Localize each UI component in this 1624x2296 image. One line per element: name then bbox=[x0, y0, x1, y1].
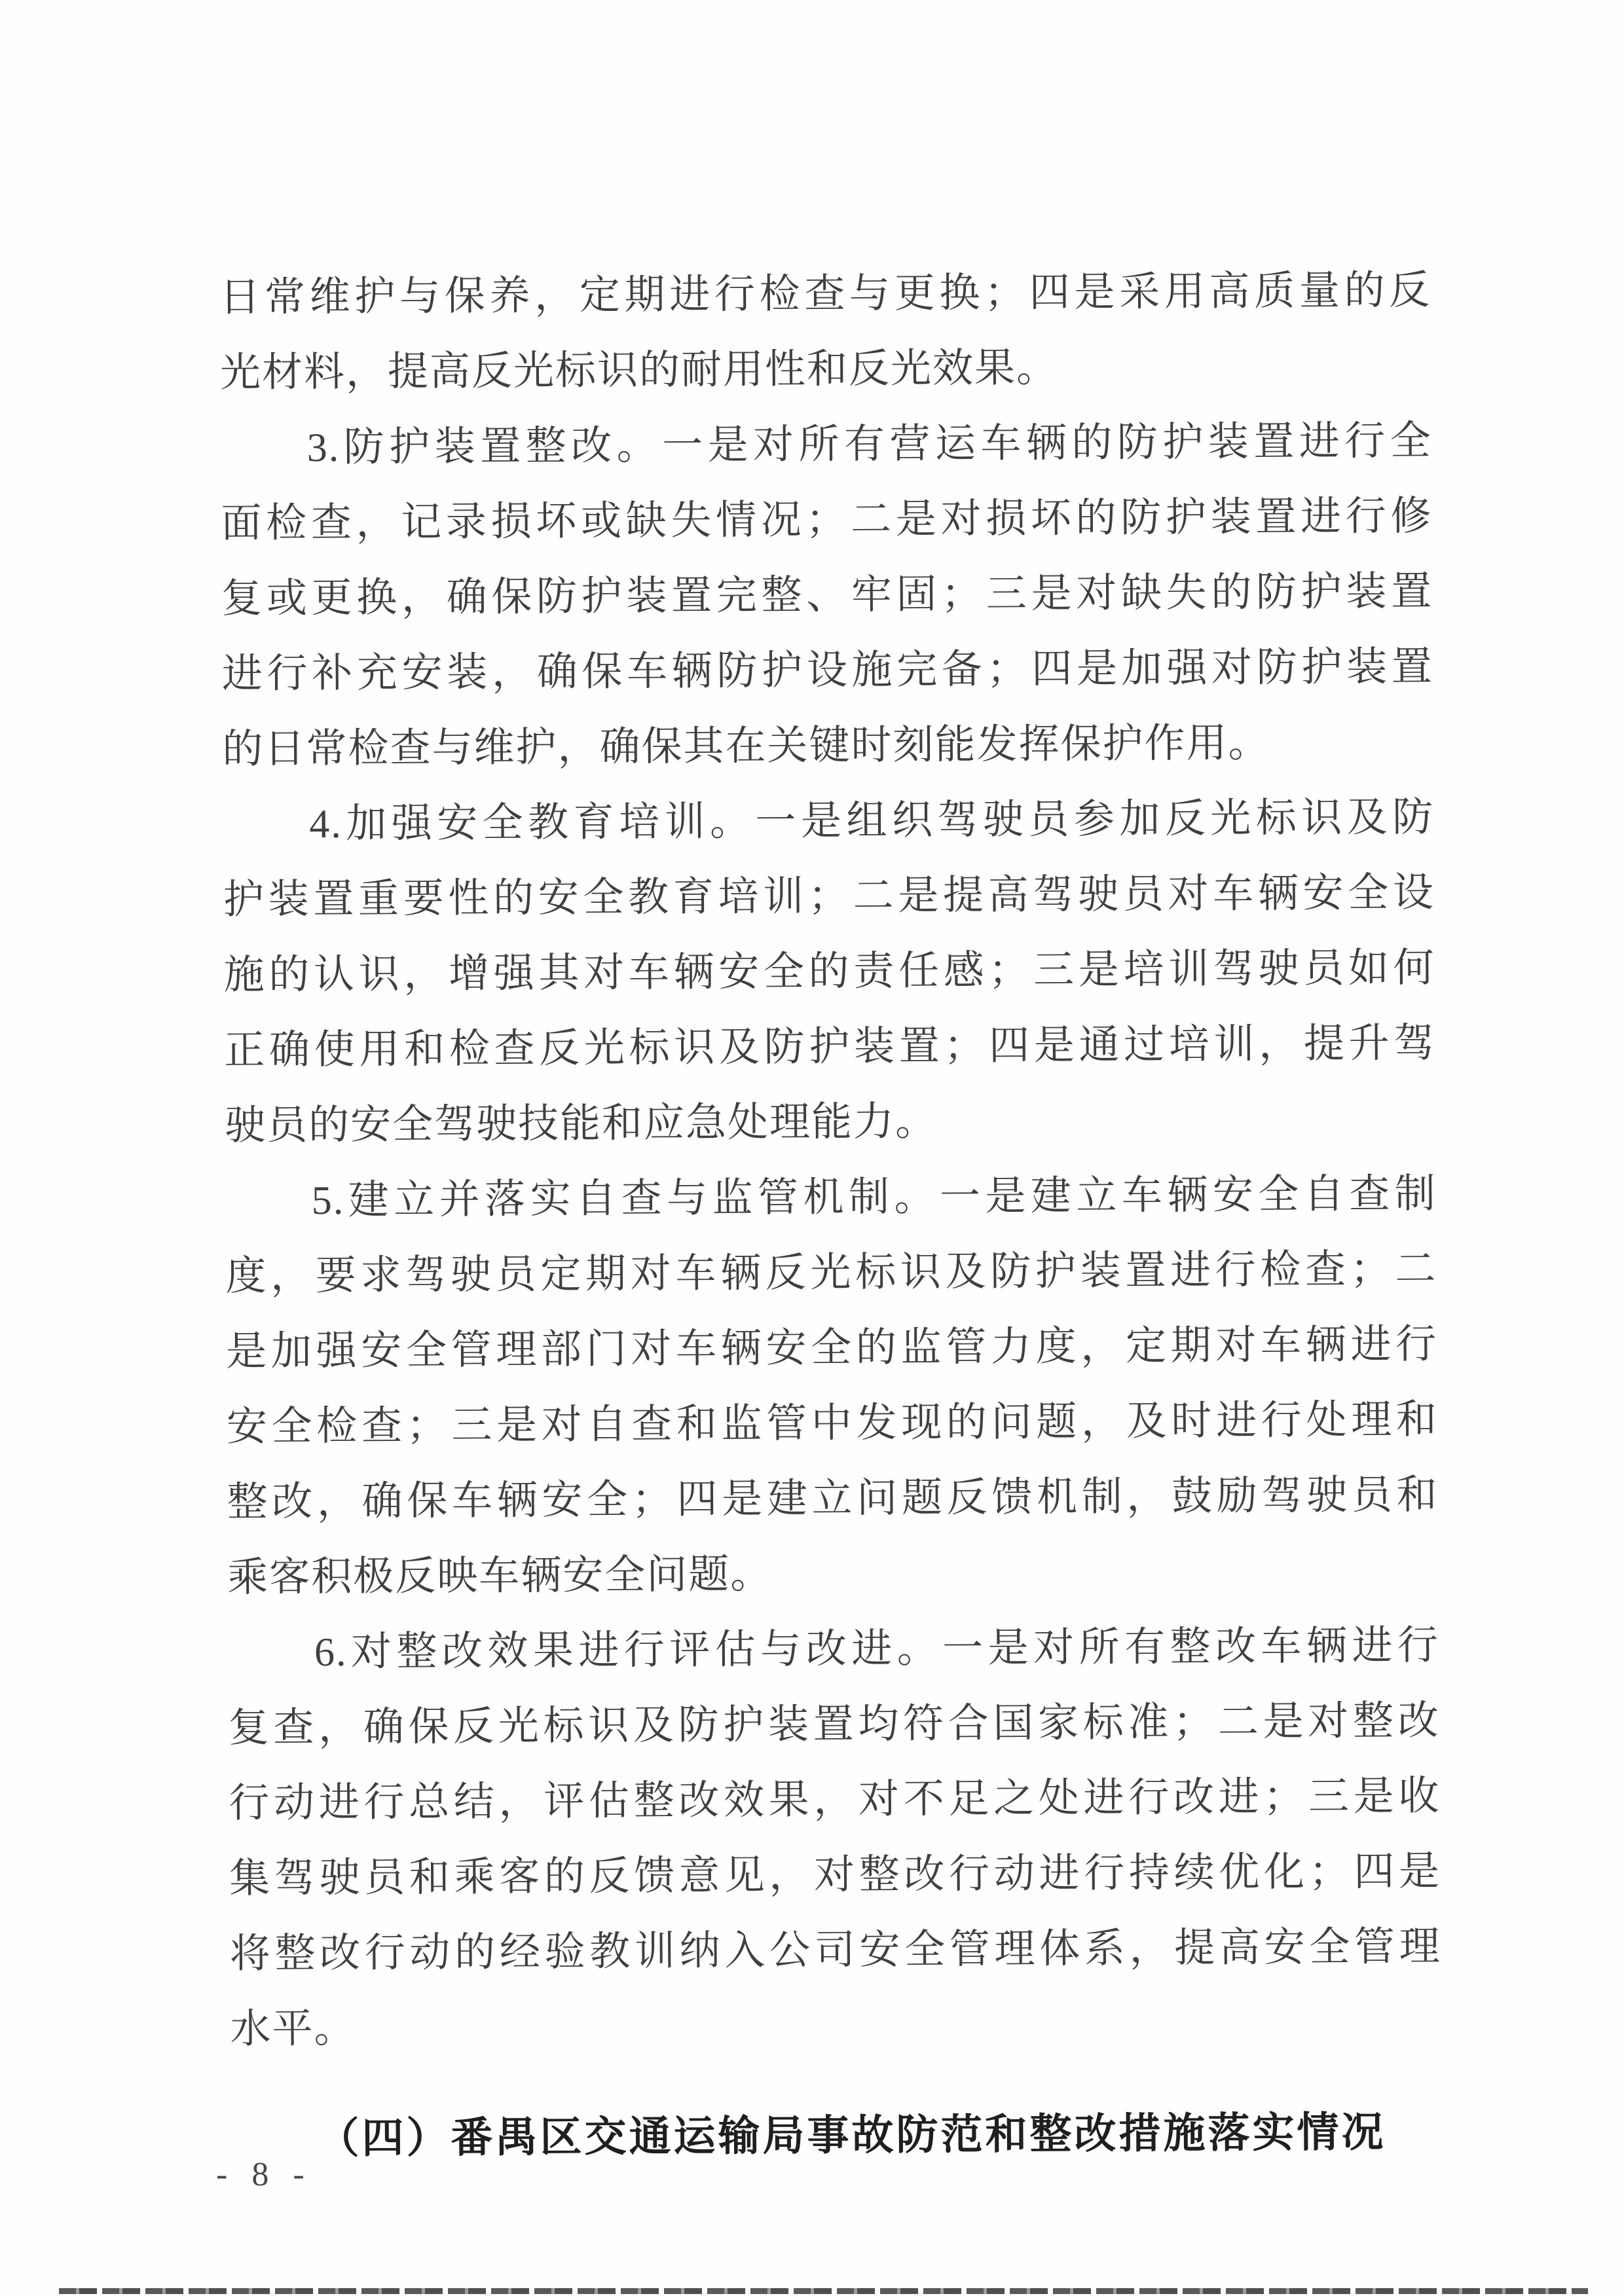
body-line: 3.防护装置整改。一是对所有营运车辆的防护装置进行全 bbox=[220, 404, 1432, 486]
body-line: 护装置重要性的安全教育培训；二是提高驾驶员对车辆安全设 bbox=[223, 856, 1435, 938]
body-line: 乘客积极反映车辆安全问题。 bbox=[227, 1533, 1439, 1616]
body-line: 6.对整改效果进行评估与改进。一是对所有整改车辆进行 bbox=[228, 1609, 1440, 1691]
body-line: 安全检查；三是对自查和监管中发现的问题，及时进行处理和 bbox=[227, 1383, 1439, 1465]
body-line: 集驾驶员和乘客的反馈意见，对整改行动进行持续优化；四是 bbox=[229, 1834, 1441, 1917]
body-line: 将整改行动的经验教训纳入公司安全管理体系，提高安全管理 bbox=[229, 1910, 1441, 1992]
body-line: 整改，确保车辆安全；四是建立问题反馈机制，鼓励驾驶员和 bbox=[227, 1458, 1439, 1540]
body-line: 光材料，提高反光标识的耐用性和反光效果。 bbox=[220, 329, 1432, 411]
page-body: 日常维护与保养，定期进行检查与更换；四是采用高质量的反 光材料，提高反光标识的耐… bbox=[219, 253, 1443, 2172]
body-line: 施的认识，增强其对车辆安全的责任感；三是培训驾驶员如何 bbox=[223, 931, 1435, 1013]
body-line: 进行补充安装，确保车辆防护设施完备；四是加强对防护装置 bbox=[222, 630, 1434, 712]
body-line: 行动进行总结，评估整改效果，对不足之处进行改进；三是收 bbox=[229, 1759, 1441, 1842]
body-line: 复或更换，确保防护装置完整、牢固；三是对缺失的防护装置 bbox=[221, 555, 1433, 637]
page-number: - 8 - bbox=[216, 2155, 312, 2194]
body-line: 水平。 bbox=[230, 1985, 1442, 2068]
body-line: 度，要求驾驶员定期对车辆反光标识及防护装置进行检查；二 bbox=[225, 1232, 1437, 1315]
section-heading: （四）番禺区交通运输局事故防范和整改措施落实情况 bbox=[231, 2100, 1443, 2172]
scan-artifact-bottom-edge bbox=[59, 2288, 1588, 2294]
body-line: 面检查，记录损坏或缺失情况；二是对损坏的防护装置进行修 bbox=[221, 479, 1433, 562]
body-line: 5.建立并落实自查与监管机制。一是建立车辆安全自查制 bbox=[225, 1157, 1437, 1239]
body-line: 日常维护与保养，定期进行检查与更换；四是采用高质量的反 bbox=[219, 253, 1431, 336]
body-line: 驶员的安全驾驶技能和应急处理能力。 bbox=[225, 1082, 1437, 1164]
document-page: 日常维护与保养，定期进行检查与更换；四是采用高质量的反 光材料，提高反光标识的耐… bbox=[0, 0, 1624, 2296]
body-line: 正确使用和检查反光标识及防护装置；四是通过培训，提升驾 bbox=[224, 1006, 1436, 1089]
body-line: 是加强安全管理部门对车辆安全的监管力度，定期对车辆进行 bbox=[226, 1307, 1438, 1390]
body-line: 的日常检查与维护，确保其在关键时刻能发挥保护作用。 bbox=[222, 705, 1434, 788]
body-line: 4.加强安全教育培训。一是组织驾驶员参加反光标识及防 bbox=[223, 780, 1435, 863]
body-line: 复查，确保反光标识及防护装置均符合国家标准；二是对整改 bbox=[228, 1684, 1440, 1766]
